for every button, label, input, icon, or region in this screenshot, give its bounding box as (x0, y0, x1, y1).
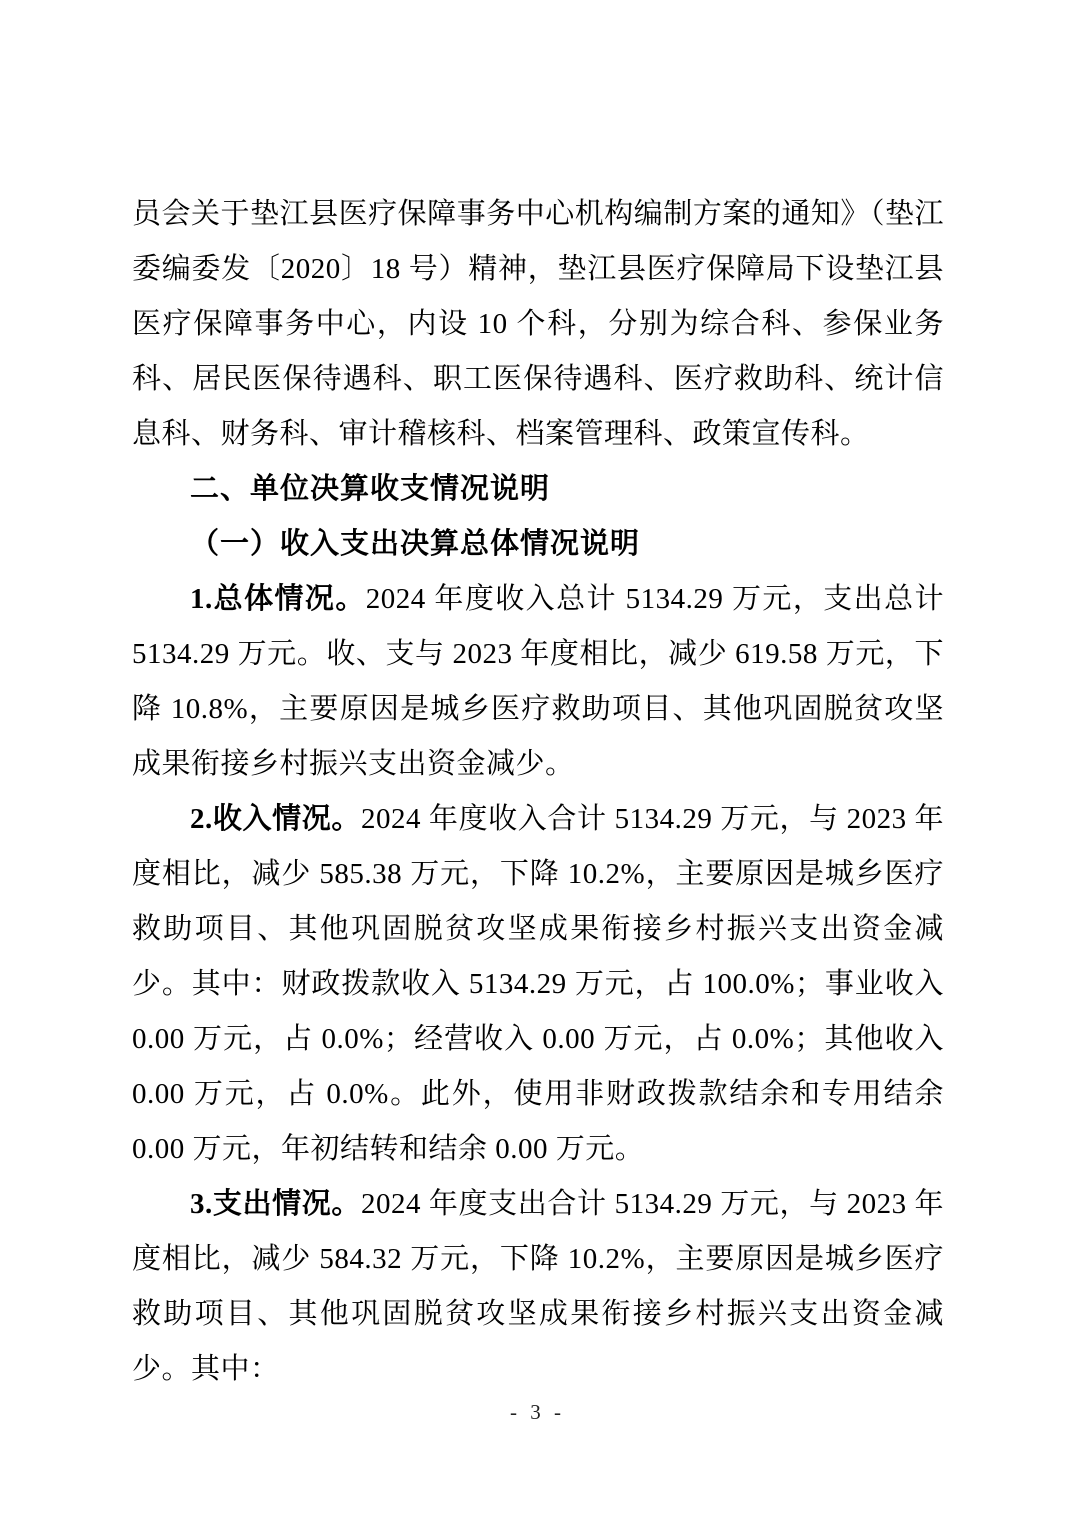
subsection-heading: （一）收入支出决算总体情况说明 (132, 517, 944, 572)
paragraph-overall-situation: 1.总体情况。2024 年度收入总计 5134.29 万元，支出总计 5134.… (132, 572, 944, 792)
paragraph-text: 2024 年度收入合计 5134.29 万元，与 2023 年度相比，减少 58… (132, 803, 944, 1165)
paragraph-label: 3.支出情况。 (190, 1188, 361, 1220)
page-number: - 3 - (0, 1398, 1075, 1426)
paragraph-label: 2.收入情况。 (190, 803, 361, 835)
paragraph-label: 1.总体情况。 (190, 583, 366, 615)
section-heading: 二、单位决算收支情况说明 (132, 462, 944, 517)
paragraph-income-situation: 2.收入情况。2024 年度收入合计 5134.29 万元，与 2023 年度相… (132, 792, 944, 1177)
document-body: 员会关于垫江县医疗保障事务中心机构编制方案的通知》（垫江委编委发〔2020〕18… (132, 187, 944, 1397)
document-page: 员会关于垫江县医疗保障事务中心机构编制方案的通知》（垫江委编委发〔2020〕18… (0, 0, 1075, 1520)
continuation-paragraph: 员会关于垫江县医疗保障事务中心机构编制方案的通知》（垫江委编委发〔2020〕18… (132, 187, 944, 462)
paragraph-expenditure-situation: 3.支出情况。2024 年度支出合计 5134.29 万元，与 2023 年度相… (132, 1177, 944, 1397)
